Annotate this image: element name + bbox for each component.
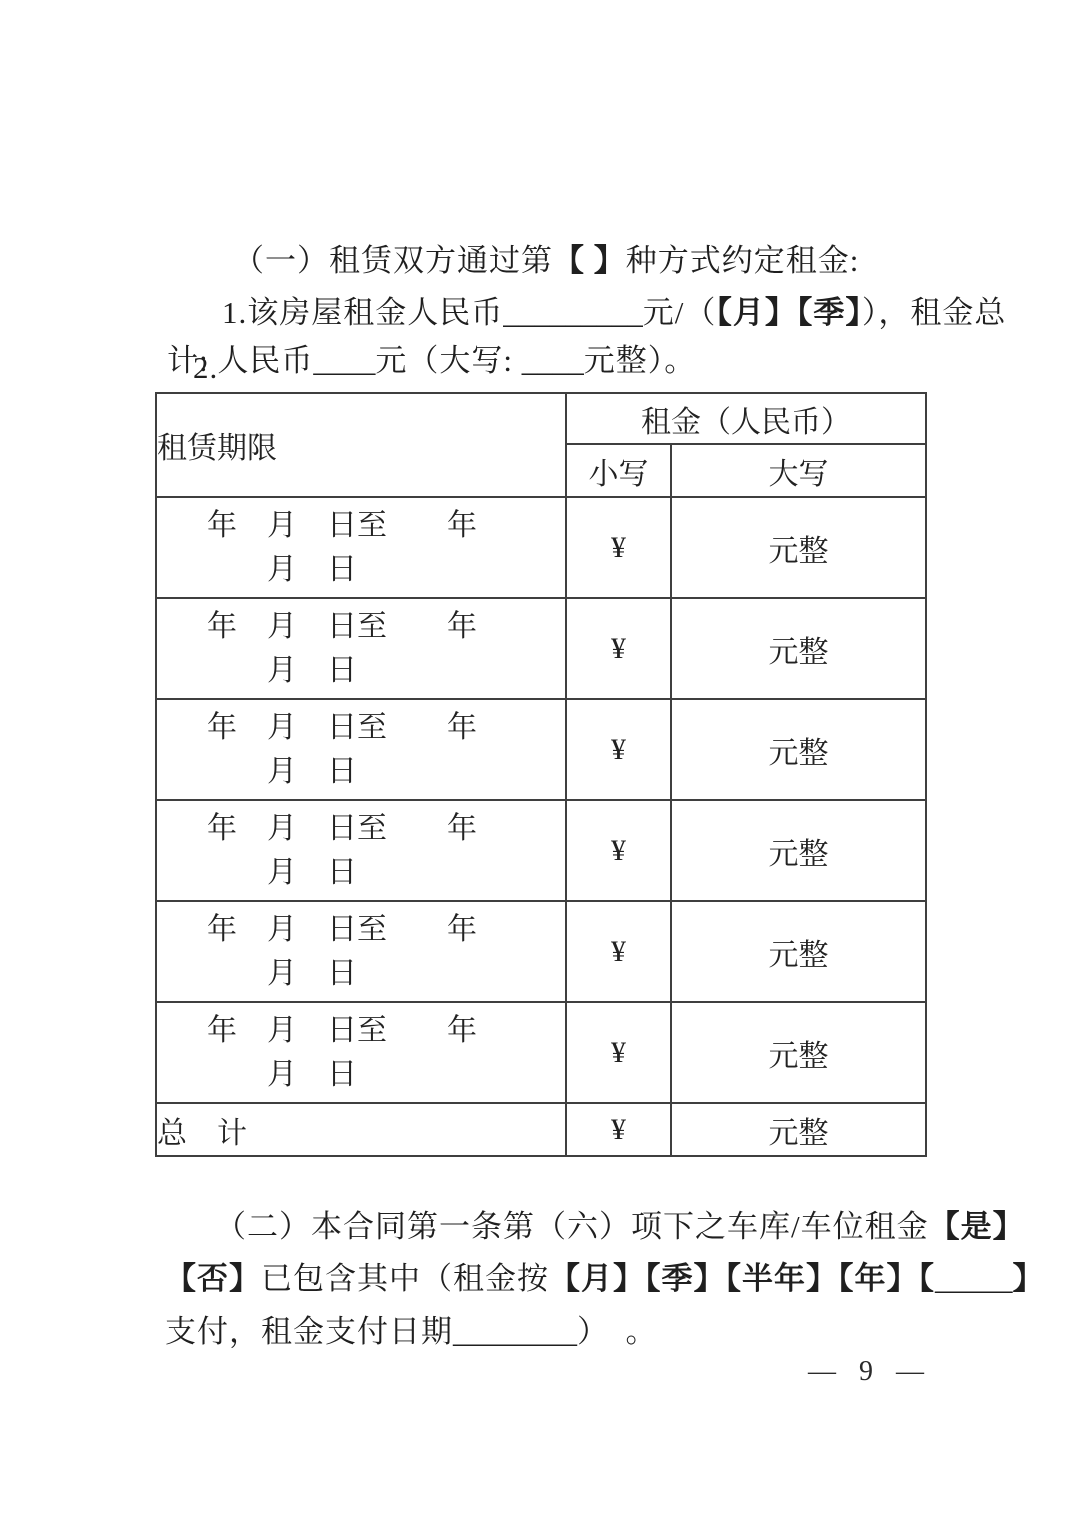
page-number: — 9 —	[808, 1356, 932, 1388]
period-option-blank: _____	[935, 1261, 1013, 1296]
table-total-row: 总 计 ¥ 元整	[156, 1103, 926, 1156]
small-figure-cell: ¥	[566, 699, 671, 800]
period-cell: 年 月 日至 年月 日	[157, 1011, 565, 1095]
period-cell: 年 月 日至 年月 日	[157, 506, 565, 590]
large-figure-cell: 元整	[671, 800, 926, 901]
rent-total-mid: 元（大写:	[375, 343, 521, 378]
item-2-label: 2.	[193, 349, 218, 387]
total-small-figure-cell: ¥	[566, 1103, 671, 1156]
large-figure-cell: 元整	[671, 901, 926, 1002]
table-header-small-figure: 小写	[566, 444, 671, 497]
period-cell: 年 月 日至 年月 日	[157, 607, 565, 691]
total-large-figure-cell: 元整	[671, 1103, 926, 1156]
period-line-2: 月 日	[157, 853, 565, 893]
payment-date-pre: 支付，租金支付日期	[165, 1314, 453, 1349]
contract-document-page: （一）租赁双方通过第【 】种方式约定租金: 1.该房屋租金人民币________…	[0, 0, 1080, 1528]
rent-total-pre: 计: 人民币	[167, 343, 313, 378]
small-figure-cell: ¥	[566, 598, 671, 699]
period-cell: 年 月 日至 年月 日	[157, 708, 565, 792]
payment-date-blank: ________	[453, 1314, 577, 1349]
period-line-2: 月 日	[157, 954, 565, 994]
rent-amount-post: ），租金总	[862, 295, 1007, 330]
period-line-1: 年 月 日至 年	[157, 506, 565, 546]
month-season-brackets: 【月】【季】	[716, 295, 862, 330]
small-figure-cell: ¥	[566, 800, 671, 901]
table-header-period: 租赁期限	[156, 393, 566, 497]
period-line-2: 月 日	[157, 1055, 565, 1095]
period-line-1: 年 月 日至 年	[157, 1011, 565, 1051]
table-row: 年 月 日至 年月 日 ¥ 元整	[156, 1002, 926, 1103]
small-figure-cell: ¥	[566, 901, 671, 1002]
rent-table: 租赁期限 租金（人民币） 小写 大写 年 月 日至 年月 日 ¥ 元整 年 月 …	[155, 392, 927, 1157]
period-cell: 年 月 日至 年月 日	[157, 809, 565, 893]
table-row: 年 月 日至 年月 日 ¥ 元整	[156, 598, 926, 699]
total-label: 总 计	[156, 1103, 566, 1156]
large-figure-cell: 元整	[671, 497, 926, 598]
rent-total-blank-1: ____	[313, 343, 375, 378]
rent-total-blank-2: ____	[522, 343, 584, 378]
period-line-1: 年 月 日至 年	[157, 809, 565, 849]
large-figure-cell: 元整	[671, 699, 926, 800]
clause-2-line-3: 支付，租金支付日期________） 。	[130, 1275, 658, 1389]
period-options-bracket-close: 】	[1013, 1261, 1045, 1296]
payment-date-post: ） 。	[577, 1314, 658, 1349]
rent-total-post: 元整）。	[584, 343, 697, 378]
small-figure-cell: ¥	[566, 1002, 671, 1103]
table-row: 年 月 日至 年月 日 ¥ 元整	[156, 699, 926, 800]
large-figure-cell: 元整	[671, 598, 926, 699]
period-line-1: 年 月 日至 年	[157, 607, 565, 647]
table-row: 年 月 日至 年月 日 ¥ 元整	[156, 800, 926, 901]
table-header-large-figure: 大写	[671, 444, 926, 497]
period-line-2: 月 日	[157, 550, 565, 590]
period-line-2: 月 日	[157, 752, 565, 792]
period-line-1: 年 月 日至 年	[157, 708, 565, 748]
period-line-1: 年 月 日至 年	[157, 910, 565, 950]
table-row: 年 月 日至 年月 日 ¥ 元整	[156, 497, 926, 598]
table-header-rent-group: 租金（人民币）	[566, 393, 926, 444]
small-figure-cell: ¥	[566, 497, 671, 598]
table-row: 年 月 日至 年月 日 ¥ 元整	[156, 901, 926, 1002]
period-cell: 年 月 日至 年月 日	[157, 910, 565, 994]
large-figure-cell: 元整	[671, 1002, 926, 1103]
period-line-2: 月 日	[157, 651, 565, 691]
